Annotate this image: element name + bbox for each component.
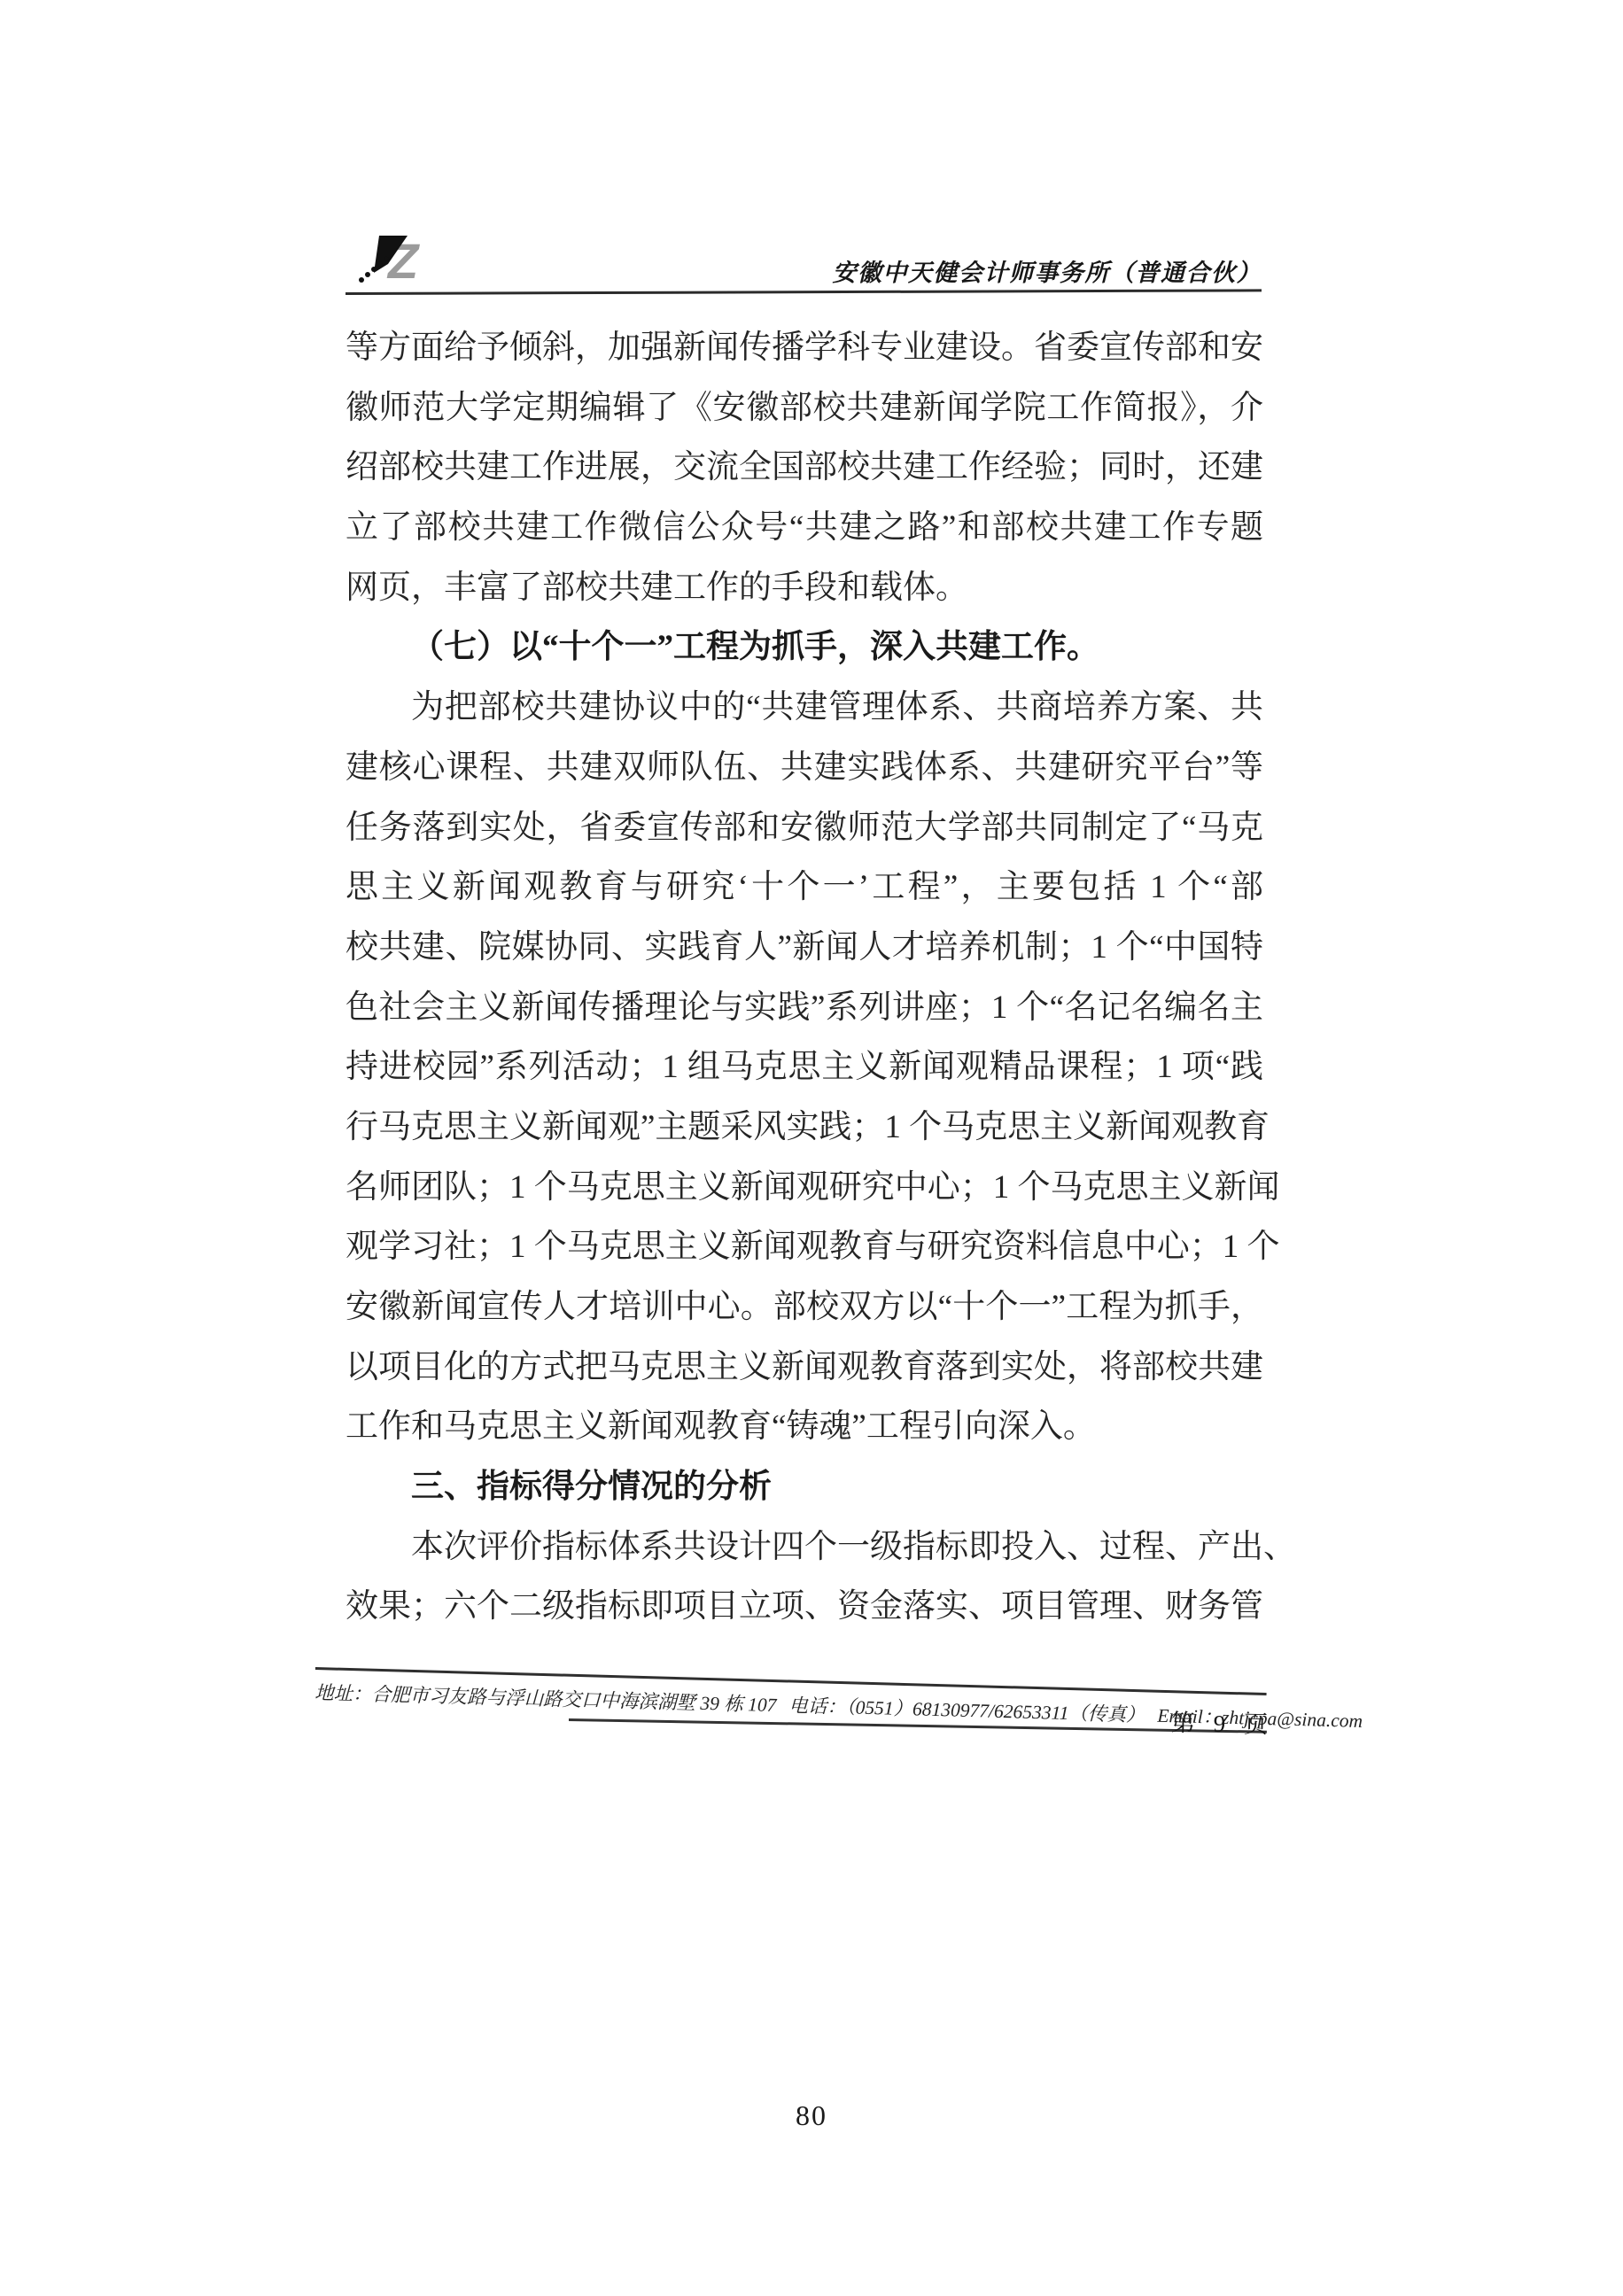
- header-divider: [346, 289, 1262, 295]
- section-heading-7: （七）以“十个一”工程为抓手，深入共建工作。: [346, 617, 1263, 678]
- body-line: 工作和马克思主义新闻观教育“铸魂”工程引向深入。: [346, 1397, 1263, 1457]
- body-line: 持进校园”系列活动；1 组马克思主义新闻观精品课程；1 项“践: [346, 1037, 1263, 1098]
- body-line: 校共建、院媒协同、实践育人”新闻人才培养机制；1 个“中国特: [346, 918, 1263, 978]
- body-line: 立了部校共建工作微信公众号“共建之路”和部校共建工作专题: [346, 498, 1263, 558]
- body-line: 绍部校共建工作进展，交流全国部校共建工作经验；同时，还建: [346, 438, 1263, 498]
- body-line: 思主义新闻观教育与研究‘十个一’工程”，主要包括 1 个“部: [346, 857, 1263, 918]
- sheet-page-number: 80: [796, 2099, 827, 2132]
- body-line: 本次评价指标体系共设计四个一级指标即投入、过程、产出、: [346, 1517, 1263, 1578]
- body-line: 任务落到实处，省委宣传部和安徽师范大学部共同制定了“马克: [346, 798, 1263, 858]
- body-line: 网页，丰富了部校共建工作的手段和载体。: [346, 558, 1263, 618]
- document-page: Z 安徽中天健会计师事务所（普通合伙） 等方面给予倾斜，加强新闻传播学科专业建设…: [0, 0, 1623, 2296]
- footer-phone: 电话：（0551）68130977/62653311（传真）: [788, 1695, 1145, 1726]
- body-line: 色社会主义新闻传播理论与实践”系列讲座；1 个“名记名编名主: [346, 978, 1263, 1038]
- footer-contact-bar: 地址：合肥市习友路与浮山路交口中海滨湖墅 39 栋 107电话：（0551）68…: [315, 1667, 1267, 1731]
- body-line: 名师团队；1 个马克思主义新闻观研究中心；1 个马克思主义新闻: [346, 1158, 1263, 1218]
- body-line: 安徽新闻宣传人才培训中心。部校双方以“十个一”工程为抓手，: [346, 1277, 1263, 1338]
- body-line: 观学习社；1 个马克思主义新闻观教育与研究资料信息中心；1 个: [346, 1217, 1263, 1277]
- section-heading-3: 三、指标得分情况的分析: [346, 1457, 1263, 1517]
- body-text: 等方面给予倾斜，加强新闻传播学科专业建设。省委宣传部和安 徽师范大学定期编辑了《…: [346, 318, 1263, 1637]
- report-page-number: 第 9 页: [1171, 1703, 1275, 1740]
- body-line: 徽师范大学定期编辑了《安徽部校共建新闻学院工作简报》，介: [346, 378, 1263, 438]
- body-line: 建核心课程、共建双师队伍、共建实践体系、共建研究平台”等: [346, 738, 1263, 798]
- footer-address: 地址：合肥市习友路与浮山路交口中海滨湖墅 39 栋 107: [315, 1682, 777, 1716]
- body-line: 等方面给予倾斜，加强新闻传播学科专业建设。省委宣传部和安: [346, 318, 1263, 378]
- firm-logo-icon: Z: [353, 234, 443, 285]
- firm-name: 安徽中天健会计师事务所（普通合伙）: [833, 253, 1262, 288]
- body-line: 以项目化的方式把马克思主义新闻观教育落到实处，将部校共建: [346, 1338, 1263, 1398]
- body-line: 行马克思主义新闻观”主题采风实践；1 个马克思主义新闻观教育: [346, 1098, 1263, 1158]
- body-line: 效果；六个二级指标即项目立项、资金落实、项目管理、财务管: [346, 1577, 1263, 1637]
- body-line: 为把部校共建协议中的“共建管理体系、共商培养方案、共: [346, 678, 1263, 738]
